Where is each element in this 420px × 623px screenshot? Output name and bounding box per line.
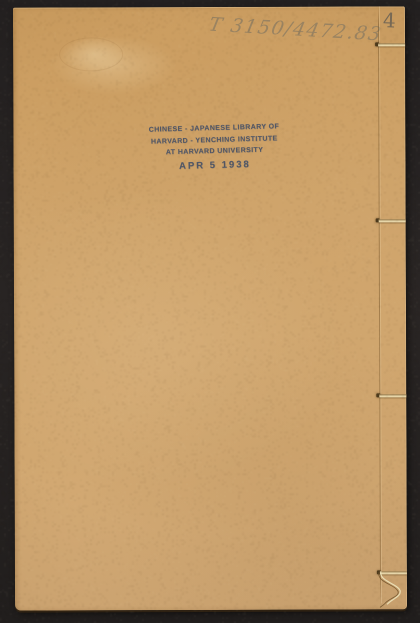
call-number-handwriting: T 3150/4472.83 [207, 14, 391, 46]
library-stamp: CHINESE - JAPANESE LIBRARY OF HARVARD - … [147, 121, 282, 173]
page-number-annotation: 4 [383, 8, 396, 32]
stitch-thread [379, 219, 406, 222]
stamp-line-3: AT HARVARD UNIVERSITY [147, 144, 281, 159]
loose-thread [341, 562, 411, 612]
paper-stain-ring [59, 37, 123, 71]
book-cover: T 3150/4472.83 4 CHINESE - JAPANESE LIBR… [13, 6, 407, 610]
stitch-thread [378, 43, 405, 46]
binding-stitch [376, 218, 406, 223]
stitch-thread [379, 394, 406, 397]
binding-stitch [375, 42, 405, 47]
stamp-date: APR 5 1938 [148, 158, 282, 174]
binding-stitch [376, 393, 406, 398]
binding-crease-line [378, 6, 381, 603]
scan-background: { "cover": { "call_number": "T 3150/4472… [0, 0, 420, 623]
